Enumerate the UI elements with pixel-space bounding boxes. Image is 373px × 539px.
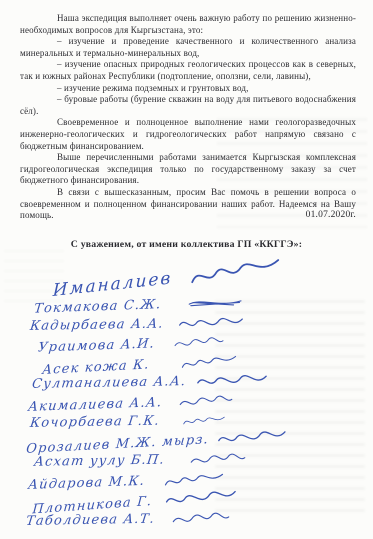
letter-paragraph: – изучение и проведение качественного и … bbox=[20, 36, 356, 59]
scanned-letter-page: Наша экспедиция выполняет очень важную р… bbox=[0, 0, 373, 539]
letter-paragraph: – изучение режима подземных и грунтовых … bbox=[20, 83, 356, 95]
signature-flourish bbox=[216, 425, 287, 449]
letter-date: 01.07.2020г. bbox=[306, 210, 356, 220]
signature-flourish bbox=[196, 370, 268, 391]
signature-flourish bbox=[187, 293, 248, 313]
signature-flourish bbox=[171, 509, 231, 528]
letter-paragraph: – изучение опасных природных геологическ… bbox=[20, 59, 356, 82]
letter-paragraph: Наша экспедиция выполняет очень важную р… bbox=[20, 13, 356, 36]
signature-block: ИманалиевТокмакова С.Ж.Кадырбаева А.А.Ур… bbox=[26, 258, 363, 528]
letter-paragraph: – буровые работы (бурение скважин на вод… bbox=[20, 94, 356, 117]
signature-name: Таболдиева А.Т. bbox=[25, 511, 156, 528]
signature-flourish bbox=[163, 486, 238, 511]
letter-paragraph: Выше перечисленными работами занимается … bbox=[20, 152, 356, 187]
signature-name: Айдарова М.К. bbox=[27, 473, 146, 492]
signature-name: Султаналиева А.А. bbox=[31, 374, 187, 392]
signature-name: Кочорбаева Г.К. bbox=[29, 414, 161, 431]
signature-flourish bbox=[182, 412, 226, 429]
signature-name: Асхат уулу Б.П. bbox=[33, 453, 166, 470]
letter-body: Наша экспедиция выполняет очень важную р… bbox=[20, 13, 356, 222]
signature-name: Кадырбаева А.А. bbox=[29, 316, 165, 333]
signature-name: Ураимова А.И. bbox=[37, 337, 155, 356]
signature-flourish bbox=[178, 312, 244, 333]
signature-flourish bbox=[187, 252, 285, 292]
signature-flourish bbox=[179, 351, 238, 372]
signature-flourish bbox=[189, 450, 247, 469]
letter-paragraph: Своевременное и полноценное выполнение н… bbox=[20, 117, 356, 152]
signature-flourish bbox=[173, 333, 226, 353]
signature-flourish bbox=[178, 391, 235, 411]
